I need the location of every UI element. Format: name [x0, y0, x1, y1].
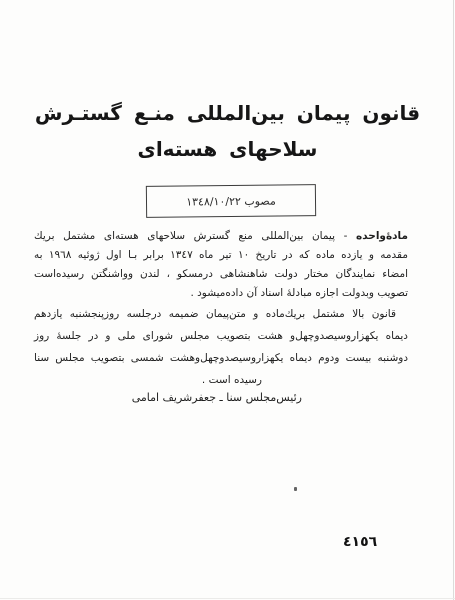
article-line-4: تصویب وبدولت اجازه مبادلهٔ اسناد آن داده…	[34, 284, 408, 303]
ratification-line-4: رسیده است .	[34, 369, 408, 391]
article-line-3: امضاء نمایندگان مختار دولت شاهنشاهی درمس…	[34, 265, 408, 284]
scan-edge-line-right	[453, 0, 454, 600]
approval-date-text: مصوب ١٣٤٨/١٠/٢٢	[186, 194, 276, 208]
ratification-line-1: قانون بالا مشتمل بریك‌ماده و متن‌پیمان ض…	[34, 303, 408, 325]
ratification-line-3: دوشنبه بیست ودوم دیماه یكهزاروسیصدوچهل‌و…	[34, 347, 408, 369]
title-line-2: سلاحهای هسته‌ای	[0, 131, 455, 167]
article-line-1: مادۀواحده - پیمان بین‌المللی منع گسترش س…	[34, 227, 408, 246]
signature-line: رئیس‌مجلس سنا ـ جعفرشریف امامی	[34, 391, 408, 404]
ratification-line-2: دیماه یكهزاروسیصدوچهل‌و هشت بتصویب مجلس …	[34, 325, 408, 347]
article-paragraph: مادۀواحده - پیمان بین‌المللی منع گسترش س…	[34, 227, 408, 303]
scan-edge-line-bottom	[0, 598, 455, 599]
approval-date-box: مصوب ١٣٤٨/١٠/٢٢	[146, 184, 316, 218]
article-label: مادۀواحده	[356, 230, 408, 242]
article-line-2: مقدمه و یازده ماده كه در تاریخ ١٠ تیر ما…	[34, 246, 408, 265]
scanned-document-page: قانون پیمان بین‌المللی منـع گستـرش سلاحه…	[0, 0, 455, 600]
page-number: ٤١٥٦	[343, 534, 377, 550]
document-title: قانون پیمان بین‌المللی منـع گستـرش سلاحه…	[0, 95, 455, 167]
ratification-paragraph: قانون بالا مشتمل بریك‌ماده و متن‌پیمان ض…	[34, 303, 408, 391]
ink-speck	[294, 487, 297, 491]
article-line-1-text: - پیمان بین‌المللی منع گسترش سلاحهای هست…	[34, 230, 356, 242]
title-line-1: قانون پیمان بین‌المللی منـع گستـرش	[0, 95, 455, 131]
